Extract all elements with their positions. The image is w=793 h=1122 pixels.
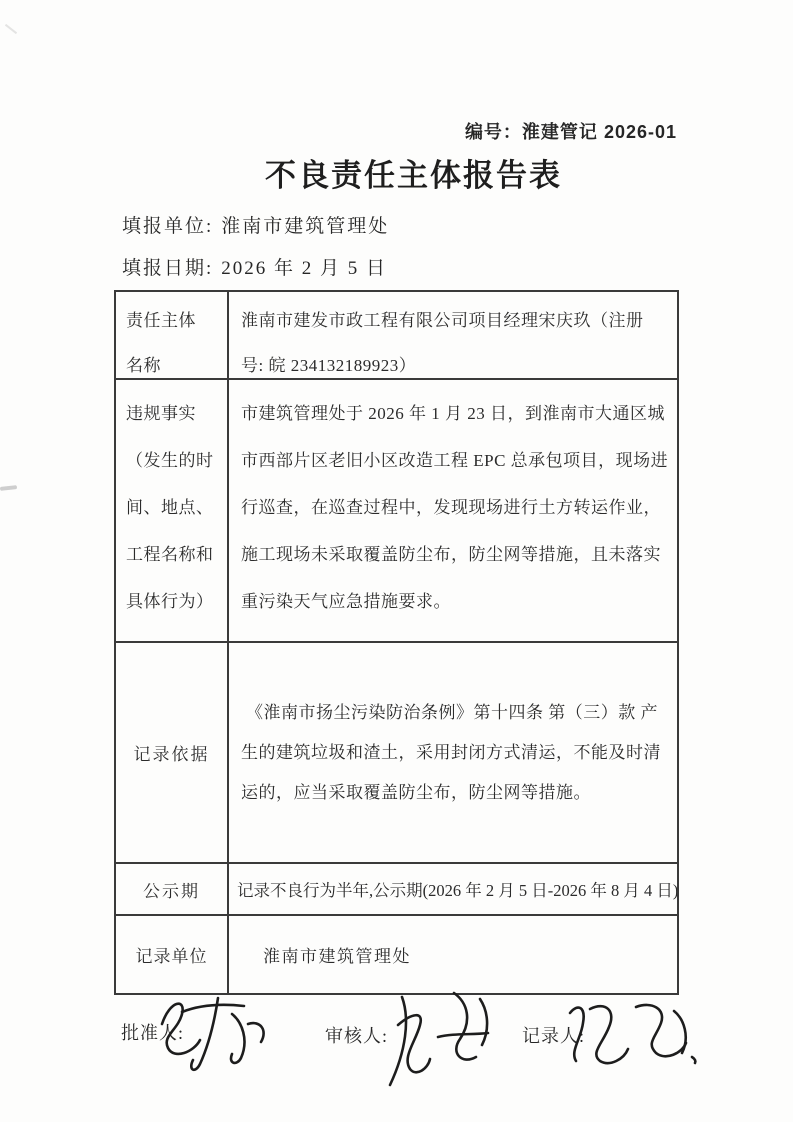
- reviewer-signature: [376, 985, 506, 1095]
- report-table: 责任主体 名称 淮南市建发市政工程有限公司项目经理宋庆玖（注册 号: 皖 234…: [114, 290, 679, 995]
- table-row-record-basis: 记录依据 《淮南市扬尘污染防治条例》第十四条 第（三）款 产 生的建筑垃圾和渣土…: [116, 643, 677, 864]
- row-label: 记录单位: [116, 916, 229, 993]
- filing-date-value: 2026 年 2 月 5 日: [221, 258, 387, 279]
- row-content: 市建筑管理处于 2026 年 1 月 23 日，到淮南市大通区城 市西部片区老旧…: [229, 380, 677, 641]
- row-label: 记录依据: [116, 643, 229, 862]
- approver-signature: [148, 990, 278, 1080]
- row-label: 违规事实 （发生的时 间、地点、 工程名称和 具体行为）: [116, 380, 229, 641]
- doc-number: 编号：淮建管记 2026-01: [465, 118, 677, 144]
- scan-artifact: [5, 24, 17, 34]
- filing-date-label: 填报日期:: [122, 258, 213, 279]
- filing-unit-value: 淮南市建筑管理处: [221, 216, 389, 237]
- filing-date-line: 填报日期:2026 年 2 月 5 日: [122, 253, 387, 280]
- table-row-publicity-period: 公示期 记录不良行为半年,公示期(2026 年 2 月 5 日-2026 年 8…: [116, 864, 677, 916]
- row-label: 公示期: [116, 864, 229, 914]
- recorder-signature: [560, 995, 705, 1080]
- filing-unit-label: 填报单位:: [122, 216, 213, 237]
- scanned-report-page: 编号：淮建管记 2026-01 不良责任主体报告表 填报单位:淮南市建筑管理处 …: [0, 0, 793, 1122]
- filing-unit-line: 填报单位:淮南市建筑管理处: [122, 211, 389, 238]
- row-content: 记录不良行为半年,公示期(2026 年 2 月 5 日-2026 年 8 月 4…: [229, 864, 677, 914]
- table-row-violation-facts: 违规事实 （发生的时 间、地点、 工程名称和 具体行为） 市建筑管理处于 202…: [116, 380, 677, 643]
- row-content: 《淮南市扬尘污染防治条例》第十四条 第（三）款 产 生的建筑垃圾和渣土，采用封闭…: [229, 643, 677, 862]
- scan-artifact: [0, 485, 17, 491]
- page-title: 不良责任主体报告表: [0, 150, 793, 195]
- table-row-responsible-party: 责任主体 名称 淮南市建发市政工程有限公司项目经理宋庆玖（注册 号: 皖 234…: [116, 292, 677, 380]
- row-label: 责任主体 名称: [116, 292, 229, 378]
- table-row-recording-unit: 记录单位 淮南市建筑管理处: [116, 916, 677, 993]
- row-content-text: 《淮南市扬尘污染防治条例》第十四条 第（三）款 产 生的建筑垃圾和渣土，采用封闭…: [241, 693, 661, 813]
- row-content: 淮南市建发市政工程有限公司项目经理宋庆玖（注册 号: 皖 23413218992…: [229, 292, 677, 378]
- row-content: 淮南市建筑管理处: [229, 916, 677, 993]
